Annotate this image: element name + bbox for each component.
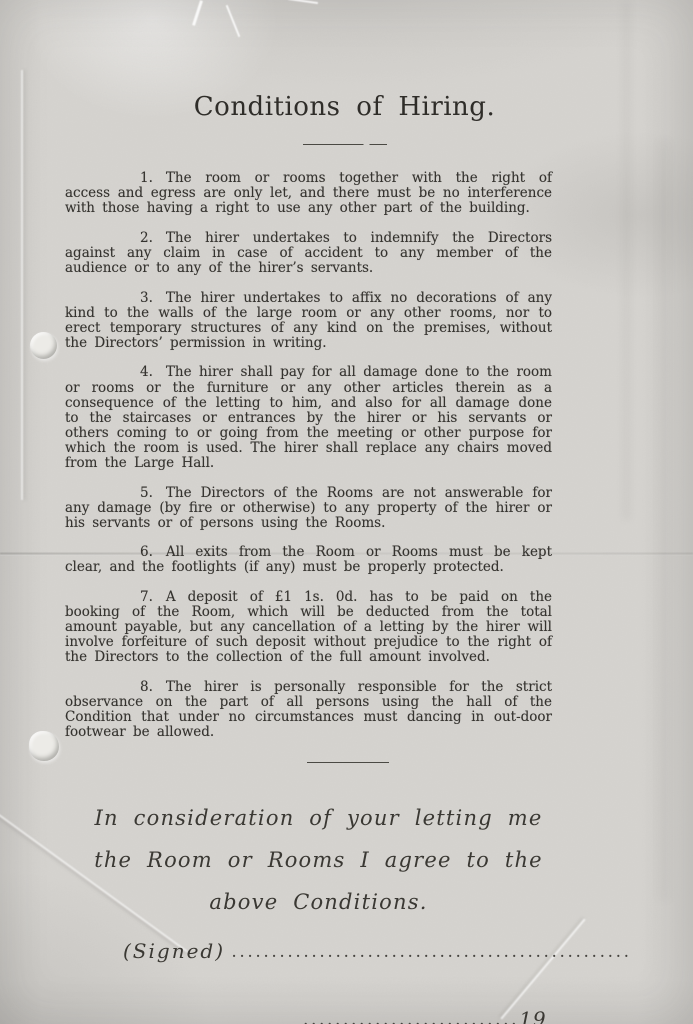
condition-number: 3. xyxy=(140,290,153,306)
condition-item-6: 6.All exits from the Room or Rooms must … xyxy=(65,545,552,575)
punch-hole-top xyxy=(30,332,57,359)
condition-text: The room or rooms together with the righ… xyxy=(65,170,552,216)
date-year: 19 xyxy=(519,1007,546,1024)
condition-text: The hirer shall pay for all damage done … xyxy=(65,364,552,471)
condition-number: 6. xyxy=(140,544,153,560)
condition-text: The Directors of the Rooms are not answe… xyxy=(65,485,552,531)
condition-item-3: 3.The hirer undertakes to affix no decor… xyxy=(65,291,552,351)
condition-number: 1. xyxy=(140,170,153,186)
signature-line: (Signed) ...............................… xyxy=(65,939,552,963)
condition-number: 2. xyxy=(140,230,153,246)
condition-text: The hirer undertakes to indemnify the Di… xyxy=(65,230,552,276)
signature-dotted-line: ........................................… xyxy=(231,942,631,962)
punch-hole-bottom xyxy=(29,731,59,761)
signed-label: (Signed) xyxy=(123,939,225,963)
right-shading-streak xyxy=(659,140,669,900)
date-dotted-line: ........................... xyxy=(303,1010,519,1024)
page-title: Conditions of Hiring. xyxy=(101,92,588,122)
condition-item-8: 8.The hirer is personally responsible fo… xyxy=(65,680,552,740)
scanned-document-page: Conditions of Hiring. 1.The room or room… xyxy=(0,0,693,1024)
condition-text: All exits from the Room or Rooms must be… xyxy=(65,544,552,575)
condition-item-1: 1.The room or rooms together with the ri… xyxy=(65,171,552,216)
agreement-statement: In consideration of your letting me the … xyxy=(84,797,554,923)
condition-item-2: 2.The hirer undertakes to indemnify the … xyxy=(65,231,552,276)
left-vertical-crease xyxy=(21,70,23,500)
condition-text: A deposit of £1 1s. 0d. has to be paid o… xyxy=(65,589,552,665)
title-rule xyxy=(303,144,387,145)
condition-item-5: 5.The Directors of the Rooms are not ans… xyxy=(65,486,552,531)
right-shading-streak xyxy=(622,0,631,520)
condition-number: 4. xyxy=(140,364,153,380)
conditions-list: 1.The room or rooms together with the ri… xyxy=(65,171,552,740)
condition-item-7: 7.A deposit of £1 1s. 0d. has to be paid… xyxy=(65,590,552,665)
document-content: Conditions of Hiring. 1.The room or room… xyxy=(65,0,552,1024)
condition-text: The hirer undertakes to affix no decorat… xyxy=(65,290,552,351)
date-line: ...........................19 xyxy=(65,1007,552,1024)
section-divider xyxy=(307,762,389,763)
condition-number: 7. xyxy=(140,589,153,605)
condition-text: The hirer is personally responsible for … xyxy=(65,679,552,740)
condition-number: 8. xyxy=(140,679,153,695)
condition-number: 5. xyxy=(140,485,153,501)
condition-item-4: 4.The hirer shall pay for all damage don… xyxy=(65,365,552,471)
